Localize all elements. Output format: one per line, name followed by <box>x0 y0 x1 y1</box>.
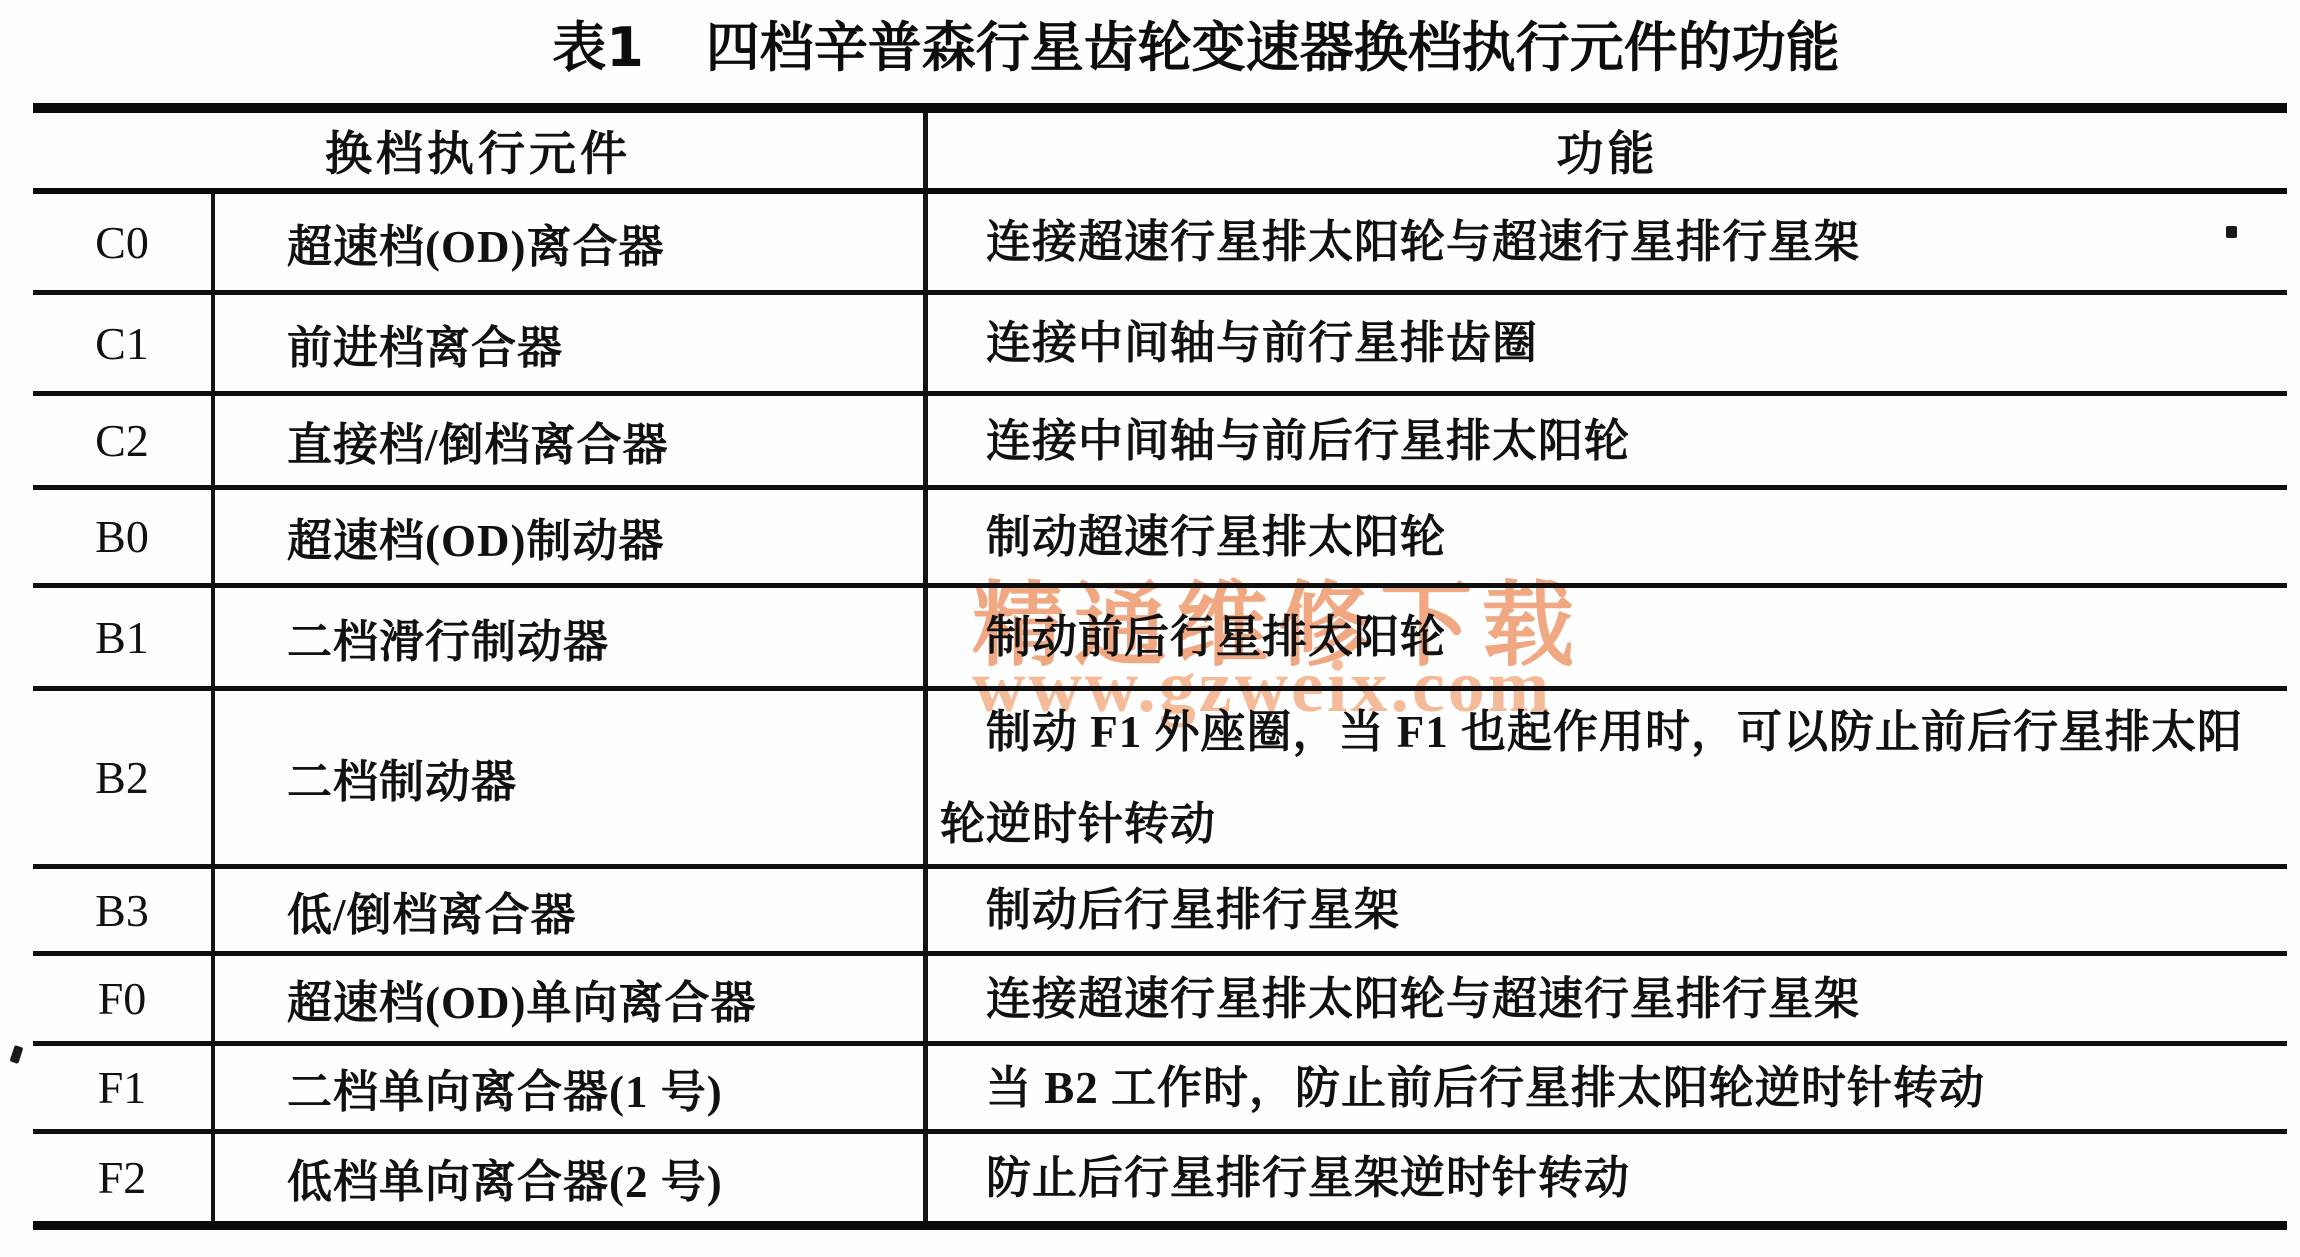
scan-speck <box>10 1045 24 1064</box>
cell-function: 制动前后行星排太阳轮 <box>928 588 2287 686</box>
cell-code: B0 <box>33 490 215 583</box>
header-cell-element: 换档执行元件 <box>33 113 928 188</box>
cell-name: 超速档(OD)单向离合器 <box>215 956 928 1041</box>
cell-code: C1 <box>33 295 215 391</box>
cell-code: C2 <box>33 396 215 485</box>
cell-function-text: 制动前后行星排太阳轮 <box>940 591 1446 683</box>
table-row: B2 二档制动器 制动 F1 外座圈，当 F1 也起作用时，可以防止前后行星排太… <box>33 691 2287 869</box>
cell-function-text: 连接超速行星排太阳轮与超速行星排行星架 <box>940 953 1860 1045</box>
table-row: C1 前进档离合器 连接中间轴与前行星排齿圈 <box>33 295 2287 396</box>
cell-function: 当 B2 工作时，防止前后行星排太阳轮逆时针转动 <box>928 1046 2287 1129</box>
cell-function-text: 制动 F1 外座圈，当 F1 也起作用时，可以防止前后行星排太阳轮逆时针转动 <box>940 686 2267 870</box>
table-header-row: 换档执行元件 功能 <box>33 113 2287 194</box>
cell-name: 低/倒档离合器 <box>215 869 928 951</box>
table-row: B1 二档滑行制动器 制动前后行星排太阳轮 <box>33 588 2287 691</box>
cell-function: 连接超速行星排太阳轮与超速行星排行星架 <box>928 956 2287 1041</box>
cell-name: 二档单向离合器(1 号) <box>215 1046 928 1129</box>
cell-function: 连接中间轴与前后行星排太阳轮 <box>928 396 2287 485</box>
table-title: 四档辛普森行星齿轮变速器换档执行元件的功能 <box>706 16 1840 80</box>
table-number: 表1 <box>552 16 644 80</box>
cell-function: 防止后行星排行星架逆时针转动 <box>928 1134 2287 1221</box>
cell-function-text: 连接中间轴与前后行星排太阳轮 <box>940 395 1630 487</box>
cell-name: 二档制动器 <box>215 691 928 864</box>
cell-name: 前进档离合器 <box>215 295 928 391</box>
cell-function: 连接超速行星排太阳轮与超速行星排行星架 <box>928 194 2287 290</box>
table-row: B0 超速档(OD)制动器 制动超速行星排太阳轮 <box>33 490 2287 588</box>
table-row: C2 直接档/倒档离合器 连接中间轴与前后行星排太阳轮 <box>33 396 2287 490</box>
cell-function-text: 防止后行星排行星架逆时针转动 <box>940 1132 1630 1224</box>
table-row: F1 二档单向离合器(1 号) 当 B2 工作时，防止前后行星排太阳轮逆时针转动 <box>33 1046 2287 1134</box>
cell-code: B2 <box>33 691 215 864</box>
cell-function-text: 当 B2 工作时，防止前后行星排太阳轮逆时针转动 <box>940 1042 1985 1134</box>
cell-function-text: 连接超速行星排太阳轮与超速行星排行星架 <box>940 196 1860 288</box>
table-row: F2 低档单向离合器(2 号) 防止后行星排行星架逆时针转动 <box>33 1134 2287 1221</box>
cell-code: B1 <box>33 588 215 686</box>
table-row: C0 超速档(OD)离合器 连接超速行星排太阳轮与超速行星排行星架 <box>33 194 2287 295</box>
table-row: F0 超速档(OD)单向离合器 连接超速行星排太阳轮与超速行星排行星架 <box>33 956 2287 1046</box>
cell-code: F0 <box>33 956 215 1041</box>
cell-function-text: 连接中间轴与前行星排齿圈 <box>940 297 1538 389</box>
cell-code: B3 <box>33 869 215 951</box>
cell-code: F1 <box>33 1046 215 1129</box>
header-cell-function: 功能 <box>928 113 2287 188</box>
cell-function: 制动 F1 外座圈，当 F1 也起作用时，可以防止前后行星排太阳轮逆时针转动 <box>928 691 2287 864</box>
cell-function-text: 制动超速行星排太阳轮 <box>940 491 1446 583</box>
table-row: B3 低/倒档离合器 制动后行星排行星架 <box>33 869 2287 956</box>
cell-name: 二档滑行制动器 <box>215 588 928 686</box>
cell-name: 低档单向离合器(2 号) <box>215 1134 928 1221</box>
cell-name: 超速档(OD)制动器 <box>215 490 928 583</box>
document-page: 表1 四档辛普森行星齿轮变速器换档执行元件的功能 精通维修下载 www.gzwe… <box>0 0 2300 1257</box>
scan-speck <box>2226 226 2237 238</box>
cell-code: C0 <box>33 194 215 290</box>
cell-name: 超速档(OD)离合器 <box>215 194 928 290</box>
cell-function: 连接中间轴与前行星排齿圈 <box>928 295 2287 391</box>
cell-name: 直接档/倒档离合器 <box>215 396 928 485</box>
cell-function-text: 制动后行星排行星架 <box>940 864 1400 956</box>
cell-function: 制动超速行星排太阳轮 <box>928 490 2287 583</box>
table-caption: 表1 四档辛普森行星齿轮变速器换档执行元件的功能 <box>552 16 1840 80</box>
cell-function: 制动后行星排行星架 <box>928 869 2287 951</box>
actuator-function-table: 换档执行元件 功能 C0 超速档(OD)离合器 连接超速行星排太阳轮与超速行星排… <box>33 103 2287 1230</box>
cell-code: F2 <box>33 1134 215 1221</box>
